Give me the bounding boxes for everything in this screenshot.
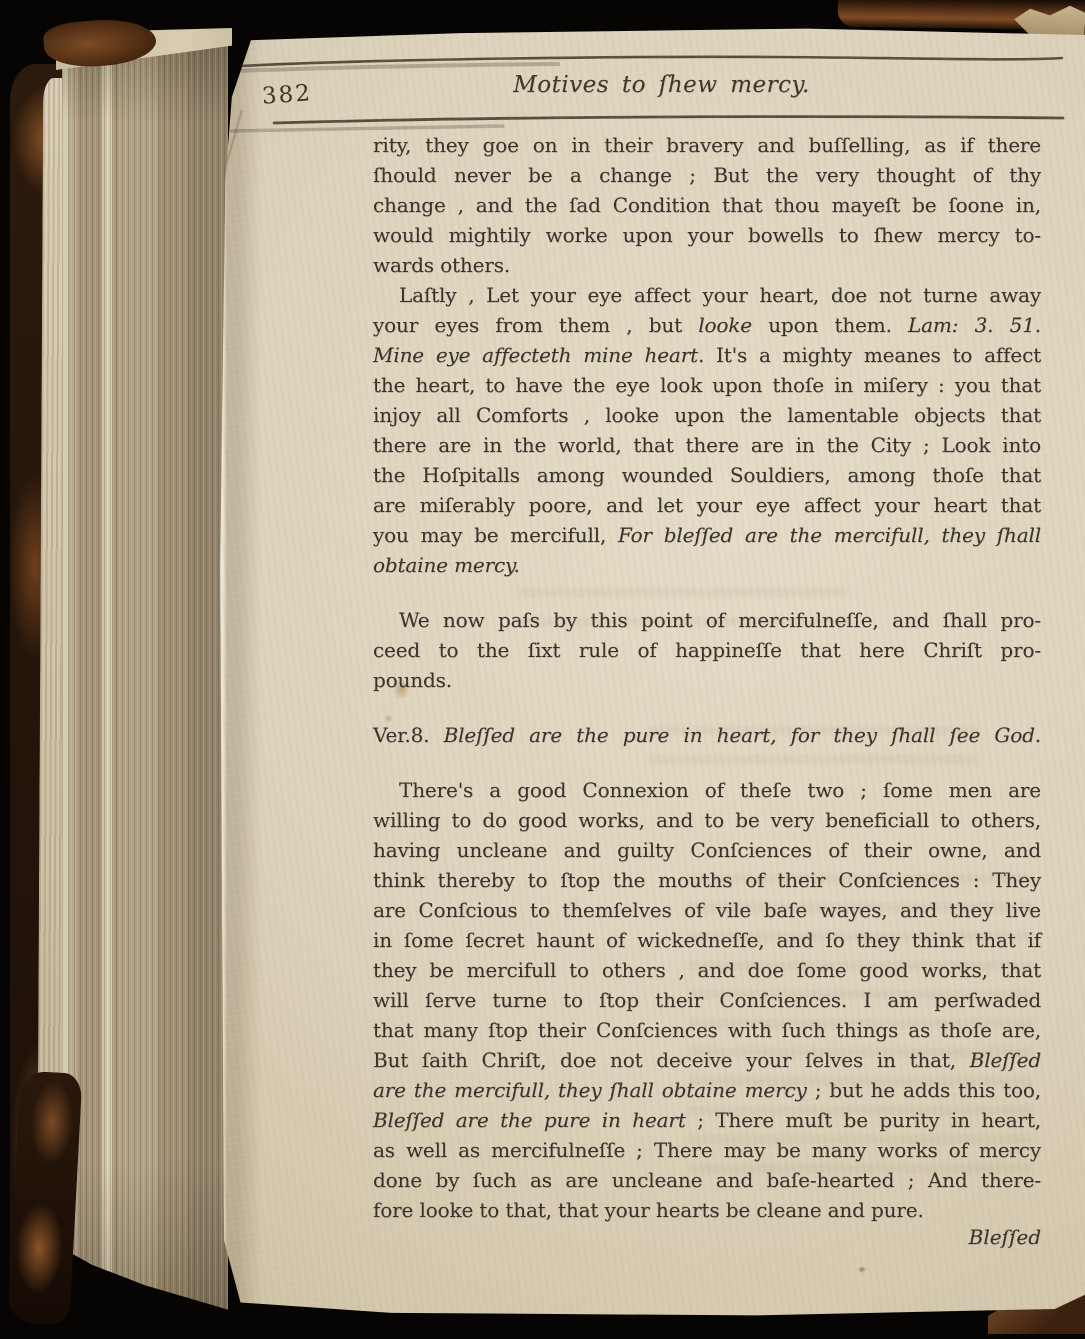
paragraph: There's a good Connexion of theſe two ; … — [373, 775, 1041, 1225]
text-line: injoy all Comforts , looke upon the lame… — [373, 400, 1041, 430]
text-line: your eyes from them , but looke upon the… — [373, 310, 1041, 340]
book-page: 382 Motives to ſhew mercy. rity, they go… — [218, 26, 1085, 1318]
text-line: that many ſtop their Conſciences with ſu… — [373, 1015, 1041, 1045]
text-line: Laſtly , Let your eye affect your heart,… — [373, 280, 1041, 310]
text-line: they be mercifull to others , and doe ſo… — [373, 955, 1041, 985]
paragraph: Ver.8. Bleſſed are the pure in heart, fo… — [373, 720, 1041, 750]
text-line: rity, they goe on in their bravery and b… — [373, 130, 1041, 160]
text-line: willing to do good works, and to be very… — [373, 805, 1041, 835]
text-line: Mine eye affecteth mine heart. It's a mi… — [373, 340, 1041, 370]
text-line: are Conſcious to themſelves of vile baſe… — [373, 895, 1041, 925]
paragraph: Laſtly , Let your eye affect your heart,… — [373, 280, 1041, 580]
text-line: fore looke to that, that your hearts be … — [373, 1195, 1041, 1225]
text-line: having uncleane and guilty Conſciences o… — [373, 835, 1041, 865]
text-line: the Hoſpitalls among wounded Souldiers, … — [373, 460, 1041, 490]
text-line: there are in the world, that there are i… — [373, 430, 1041, 460]
text-line: Bleſſed are the pure in heart ; There mu… — [373, 1105, 1041, 1135]
ink-speck — [858, 1266, 866, 1273]
text-line: obtaine mercy. — [373, 550, 1041, 580]
text-line: in ſome ſecret haunt of wickedneſſe, and… — [373, 925, 1041, 955]
text-line: will ſerve turne to ſtop their Conſcienc… — [373, 985, 1041, 1015]
text-line: ceed to the ſixt rule of happineſſe that… — [373, 635, 1041, 665]
book-photo: 382 Motives to ſhew mercy. rity, they go… — [0, 0, 1085, 1339]
text-line: are the mercifull, they ſhall obtaine me… — [373, 1075, 1041, 1105]
text-line: But ſaith Chriſt, doe not deceive your ſ… — [373, 1045, 1041, 1075]
page-edge-stack — [62, 34, 228, 1316]
text-line: are miſerably poore, and let your eye af… — [373, 490, 1041, 520]
text-line: as well as mercifulneſſe ; There may be … — [373, 1135, 1041, 1165]
text-line: done by ſuch as are uncleane and baſe-he… — [373, 1165, 1041, 1195]
text-line: the heart, to have the eye look upon tho… — [373, 370, 1041, 400]
paragraph: rity, they goe on in their bravery and b… — [373, 130, 1041, 280]
text-line: would mightily worke upon your bowells t… — [373, 220, 1041, 250]
text-line: Ver.8. Bleſſed are the pure in heart, fo… — [373, 720, 1041, 750]
text-line: ſhould never be a change ; But the very … — [373, 160, 1041, 190]
text-line: wards others. — [373, 250, 1041, 280]
text-column: rity, they goe on in their bravery and b… — [373, 130, 1041, 1225]
text-line: pounds. — [373, 665, 1041, 695]
paragraph: We now paſs by this point of mercifulneſ… — [373, 605, 1041, 695]
text-line: We now paſs by this point of mercifulneſ… — [373, 605, 1041, 635]
text-line: think thereby to ſtop the mouths of thei… — [373, 865, 1041, 895]
catchword: Bleſſed — [969, 1225, 1041, 1249]
text-line: change , and the ſad Condition that thou… — [373, 190, 1041, 220]
running-header: Motives to ſhew mercy. — [228, 72, 1085, 98]
text-line: you may be mercifull, For bleſſed are th… — [373, 520, 1041, 550]
text-line: There's a good Connexion of theſe two ; … — [373, 775, 1041, 805]
leather-corner-bottom — [7, 1071, 82, 1326]
